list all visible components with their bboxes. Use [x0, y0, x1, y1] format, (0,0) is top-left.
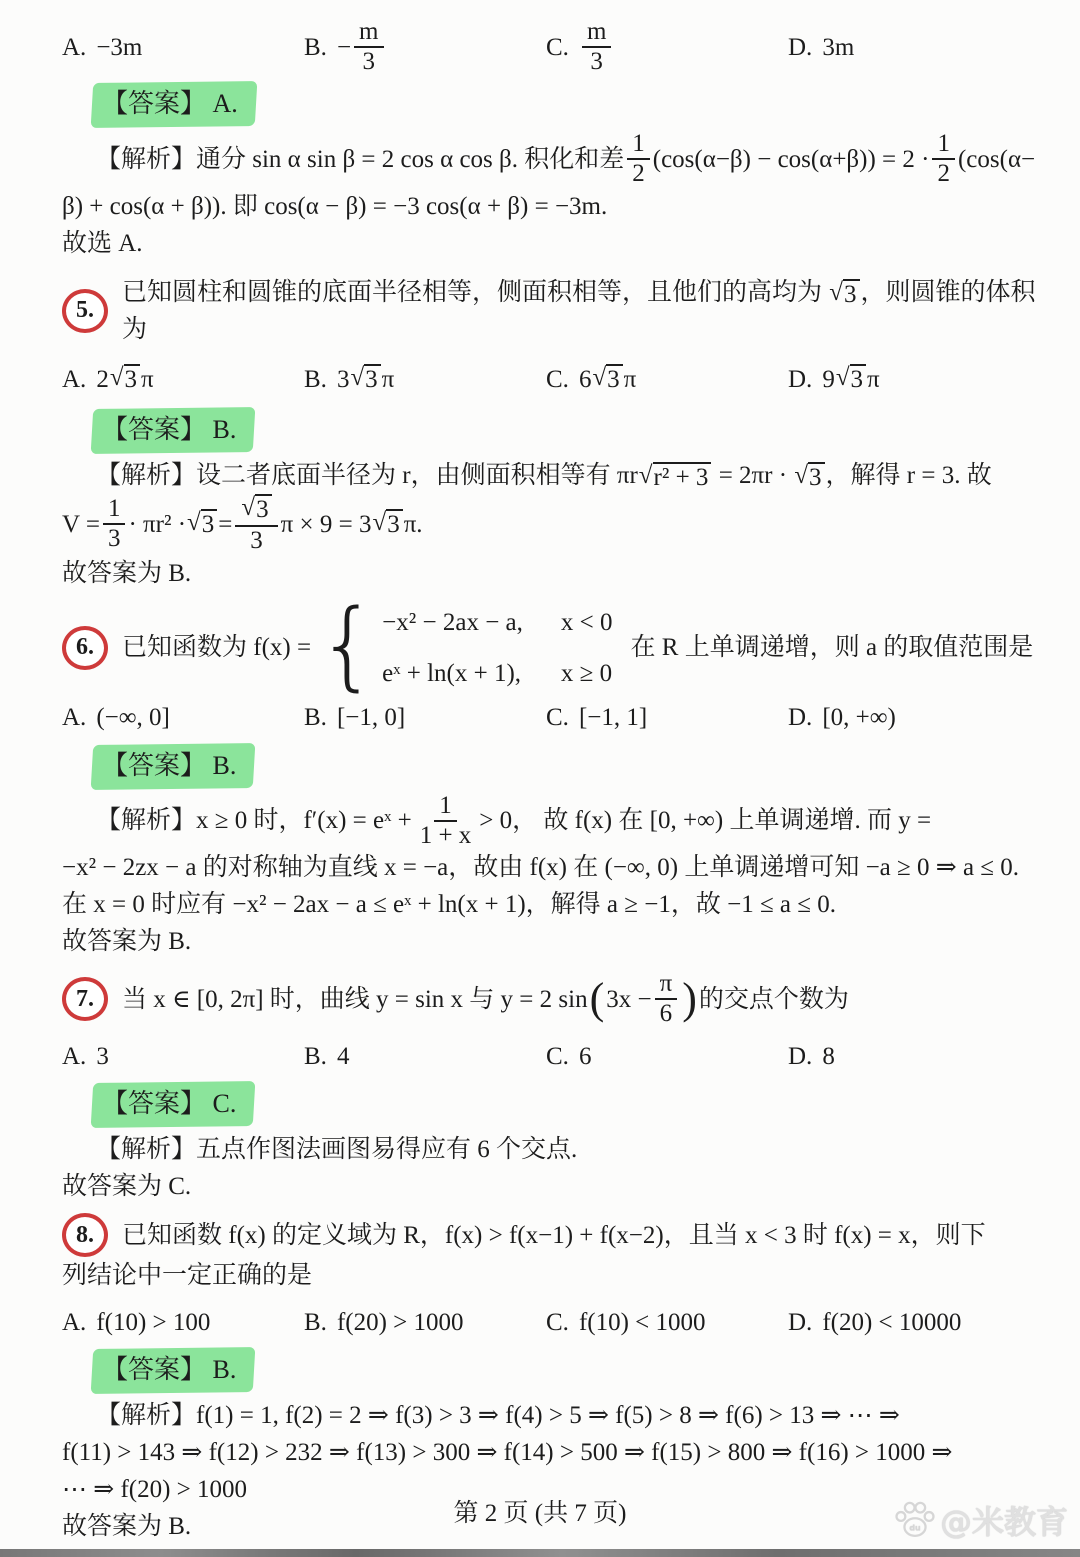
- solution-text: π × 9 = 3: [281, 506, 372, 543]
- option-label: A.: [62, 699, 86, 736]
- q4-solution-line1: 【解析】通分 sin α sin β = 2 cos α cos β. 积化和差…: [96, 131, 1042, 188]
- question-number-circle: 8.: [62, 1213, 108, 1257]
- option-value: f(10) > 100: [96, 1304, 210, 1341]
- option-label: D.: [788, 29, 812, 66]
- radicand: 3: [850, 364, 867, 395]
- option-value: −3m: [96, 29, 142, 66]
- answer-text: 【答案】 A.: [102, 89, 238, 118]
- q4-option-c: C. m 3: [546, 19, 788, 76]
- radical-sign: √: [592, 364, 606, 393]
- q6-option-a: A. (−∞, 0]: [62, 699, 304, 736]
- option-label: C.: [546, 1038, 569, 1075]
- q4-option-a: A. −3m: [62, 29, 304, 66]
- option-value: f(20) > 1000: [337, 1304, 464, 1341]
- answer-text: 【答案】 B.: [102, 1355, 236, 1384]
- fraction: m 3: [354, 19, 383, 76]
- q4-solution-line2: β) + cos(α + β)). 即 cos(α − β) = −3 cos(…: [62, 188, 1042, 225]
- option-label: A.: [62, 29, 86, 66]
- radicand: 3: [808, 462, 825, 493]
- q6-options-row: A. (−∞, 0] B. [−1, 0] C. [−1, 1] D. [0, …: [62, 698, 1042, 738]
- fraction-numerator: π: [655, 971, 678, 1000]
- solution-text: (cos(α−β) − cos(α+β)) = 2 ·: [653, 141, 930, 178]
- svg-text:du: du: [909, 1524, 920, 1533]
- fraction: m 3: [582, 19, 611, 76]
- q4-answer-line: 【答案】 A.: [62, 76, 1042, 131]
- option-label: A.: [62, 1038, 86, 1075]
- q6-answer-line: 【答案】 B.: [62, 738, 1042, 793]
- fraction-denominator: 3: [103, 525, 126, 552]
- option-value: 8: [822, 1038, 835, 1075]
- close-paren: ): [682, 977, 697, 1021]
- option-value: 9: [822, 361, 835, 398]
- option-value: π: [382, 361, 395, 398]
- fraction-numerator: √3: [235, 494, 277, 528]
- answer-highlight: 【答案】 B.: [92, 1348, 254, 1393]
- option-value: π: [624, 361, 637, 398]
- q8-solution-line1: 【解析】f(1) = 1, f(2) = 2 ⇒ f(3) > 3 ⇒ f(4)…: [96, 1397, 1042, 1434]
- q7-solution-end: 故答案为 C.: [62, 1168, 1042, 1205]
- solution-text: (cos(α−: [958, 141, 1035, 178]
- solution-text: · πr² ·: [128, 506, 186, 543]
- option-value: (−∞, 0]: [96, 699, 170, 736]
- q4-solution-line3: 故选 A.: [62, 225, 1042, 262]
- sqrt-expression: √3: [836, 364, 866, 395]
- solution-text: > 0， 故 f(x) 在 [0, +∞) 上单调递增. 而 y =: [479, 802, 931, 839]
- radicand: 3: [843, 279, 860, 310]
- watermark: du @米教育: [893, 1497, 1068, 1543]
- option-label: C.: [546, 699, 569, 736]
- radical-sign: √: [639, 462, 653, 491]
- stem-text: 在 R 上单调递增，则 a 的取值范围是: [631, 629, 1034, 666]
- option-value: π: [141, 361, 154, 398]
- case-condition: x < 0: [561, 604, 613, 641]
- case-expression: eˣ + ln(x + 1),: [382, 655, 523, 692]
- radicand: 3: [606, 364, 623, 395]
- option-label: D.: [788, 1304, 812, 1341]
- option-label: B.: [304, 1038, 327, 1075]
- option-value: 4: [337, 1038, 350, 1075]
- q5-answer-line: 【答案】 B.: [62, 402, 1042, 457]
- option-value: f(10) < 1000: [579, 1304, 706, 1341]
- answer-text: 【答案】 B.: [102, 415, 236, 444]
- fraction-denominator: 3: [585, 48, 608, 75]
- q6-option-d: D. [0, +∞): [788, 699, 1042, 736]
- q5-option-d: D. 9√3π: [788, 361, 1042, 398]
- solution-text: V =: [62, 506, 100, 543]
- option-value: [0, +∞): [822, 699, 896, 736]
- option-value: f(20) < 10000: [822, 1304, 961, 1341]
- q6-option-c: C. [−1, 1]: [546, 699, 788, 736]
- q4-option-b: B. − m 3: [304, 19, 546, 76]
- q8-answer-line: 【答案】 B.: [62, 1342, 1042, 1397]
- q8-option-c: C. f(10) < 1000: [546, 1304, 788, 1341]
- q7-solution-line1: 【解析】五点作图法画图易得应有 6 个交点.: [96, 1131, 1042, 1168]
- q6-option-b: B. [−1, 0]: [304, 699, 546, 736]
- radicand: 3: [364, 364, 381, 395]
- watermark-text: @米教育: [940, 1497, 1068, 1543]
- sqrt-expression: √3: [350, 364, 380, 395]
- q5-solution-end: 故答案为 B.: [62, 555, 1042, 592]
- radicand: 3: [124, 364, 141, 395]
- photo-edge-strip: [0, 1549, 1080, 1557]
- option-label: C.: [546, 29, 569, 66]
- option-label: B.: [304, 29, 327, 66]
- minus-sign: −: [337, 29, 351, 66]
- radical-sign: √: [350, 364, 364, 393]
- option-label: C.: [546, 1304, 569, 1341]
- stem-text: 已知函数 f(x) 的定义域为 R，f(x) > f(x−1) + f(x−2)…: [122, 1217, 986, 1254]
- piecewise-brace: {: [317, 605, 378, 687]
- q4-options-row: A. −3m B. − m 3 C. m 3 D. 3m: [62, 18, 1042, 76]
- solution-text: = 2πr ·: [712, 462, 793, 489]
- answer-text: 【答案】 B.: [102, 751, 236, 780]
- fraction-numerator: 1: [434, 793, 457, 822]
- fraction-denominator: 1 + x: [415, 822, 477, 849]
- radical-sign: √: [794, 462, 808, 491]
- radical-sign: √: [241, 494, 255, 523]
- question-stem: 当 x ∈ [0, 2π] 时，曲线 y = sin x 与 y = 2 sin…: [122, 971, 849, 1028]
- fraction-numerator: m: [582, 19, 611, 48]
- question-number-circle: 6.: [62, 626, 108, 670]
- q5-header: 5. 已知圆柱和圆锥的底面半径相等，侧面积相等，且他们的高均为 √3，则圆锥的体…: [62, 274, 1042, 348]
- fraction-numerator: 1: [103, 496, 126, 525]
- fraction: 1 3: [103, 496, 126, 553]
- radical-sign: √: [110, 364, 124, 393]
- q7-option-c: C. 6: [546, 1038, 788, 1075]
- q4-option-d: D. 3m: [788, 29, 1042, 66]
- option-label: A.: [62, 361, 86, 398]
- option-value: 3: [337, 361, 350, 398]
- paw-icon: du: [893, 1498, 937, 1542]
- question-number-circle: 5.: [62, 289, 108, 333]
- option-label: D.: [788, 1038, 812, 1075]
- fraction: π 6: [655, 971, 678, 1028]
- fraction-denominator: 3: [245, 527, 268, 554]
- sqrt-expression: √3: [372, 509, 402, 540]
- fraction-numerator: m: [354, 19, 383, 48]
- q7-options-row: A. 3 B. 4 C. 6 D. 8: [62, 1036, 1042, 1076]
- option-value: π: [867, 361, 880, 398]
- fraction-numerator: 1: [627, 131, 650, 160]
- sqrt-expression: √3: [241, 494, 271, 525]
- q5-solution-line1: 【解析】设二者底面半径为 r，由侧面积相等有 πr√r² + 3 = 2πr ·…: [96, 457, 1042, 494]
- fraction-denominator: 2: [627, 160, 650, 187]
- page-content: A. −3m B. − m 3 C. m 3 D. 3m: [62, 18, 1042, 1545]
- solution-text: 【解析】设二者底面半径为 r，由侧面积相等有 πr: [96, 462, 638, 489]
- fraction: 1 2: [627, 131, 650, 188]
- sqrt-expression: √3: [110, 364, 140, 395]
- q7-answer-line: 【答案】 C.: [62, 1076, 1042, 1131]
- q5-options-row: A. 2√3π B. 3√3π C. 6√3π D. 9√3π: [62, 358, 1042, 402]
- q5-volume-line: V = 1 3 · πr² · √3 = √3 3 π × 9 = 3 √3 π…: [62, 494, 1042, 555]
- q7-header: 7. 当 x ∈ [0, 2π] 时，曲线 y = sin x 与 y = 2 …: [62, 970, 1042, 1028]
- stem-text: 已知圆柱和圆锥的底面半径相等，侧面积相等，且他们的高均为: [122, 279, 828, 306]
- stem-text: 的交点个数为: [699, 981, 849, 1018]
- solution-text: π.: [404, 506, 423, 543]
- radicand: 3: [386, 509, 403, 540]
- q8-solution-line2: f(11) > 143 ⇒ f(12) > 232 ⇒ f(13) > 300 …: [62, 1434, 1042, 1471]
- q7-option-a: A. 3: [62, 1038, 304, 1075]
- q8-option-d: D. f(20) < 10000: [788, 1304, 1042, 1341]
- sqrt-expression: √3: [592, 364, 622, 395]
- sqrt-expression: √3: [187, 509, 217, 540]
- option-label: B.: [304, 361, 327, 398]
- fraction: 1 1 + x: [415, 793, 477, 850]
- answer-highlight: 【答案】 B.: [92, 408, 254, 453]
- open-paren: (: [590, 977, 605, 1021]
- exam-solution-page: A. −3m B. − m 3 C. m 3 D. 3m: [0, 0, 1080, 1557]
- radical-sign: √: [372, 509, 386, 538]
- fraction-denominator: 2: [932, 160, 955, 187]
- fraction-denominator: 3: [358, 48, 381, 75]
- q5-option-b: B. 3√3π: [304, 361, 546, 398]
- stem-text: 已知函数为 f(x) =: [122, 629, 311, 666]
- q8-option-a: A. f(10) > 100: [62, 1304, 304, 1341]
- sqrt-expression: √3: [794, 462, 824, 493]
- answer-highlight: 【答案】 C.: [92, 1082, 254, 1127]
- option-value: 3m: [822, 29, 854, 66]
- option-value: 6: [579, 1038, 592, 1075]
- option-label: D.: [788, 699, 812, 736]
- option-value: 2: [96, 361, 109, 398]
- radicand: r² + 3: [653, 462, 712, 493]
- q8-stem-line2: 列结论中一定正确的是: [62, 1257, 1042, 1294]
- option-label: B.: [304, 699, 327, 736]
- q6-solution-line2: −x² − 2zx − a 的对称轴为直线 x = −a，故由 f(x) 在 (…: [62, 849, 1042, 886]
- option-value: 3: [96, 1038, 109, 1075]
- q7-option-b: B. 4: [304, 1038, 546, 1075]
- option-label: D.: [788, 361, 812, 398]
- option-label: B.: [304, 1304, 327, 1341]
- option-label: C.: [546, 361, 569, 398]
- radicand: 3: [255, 494, 272, 525]
- sqrt-expression: √3: [829, 279, 859, 310]
- q6-header: 6. 已知函数为 f(x) = { −x² − 2ax − a, x < 0 e…: [62, 604, 1042, 692]
- piecewise-cases: −x² − 2ax − a, x < 0 eˣ + ln(x + 1), x ≥…: [382, 604, 612, 692]
- fraction: 1 2: [932, 131, 955, 188]
- option-value: [−1, 1]: [579, 699, 647, 736]
- radical-sign: √: [187, 509, 201, 538]
- solution-text: 【解析】x ≥ 0 时，f′(x) = eˣ +: [96, 802, 412, 839]
- question-number-circle: 7.: [62, 977, 108, 1021]
- q8-options-row: A. f(10) > 100 B. f(20) > 1000 C. f(10) …: [62, 1302, 1042, 1342]
- q5-option-c: C. 6√3π: [546, 361, 788, 398]
- option-value: [−1, 0]: [337, 699, 405, 736]
- solution-text: 【解析】通分 sin α sin β = 2 cos α cos β. 积化和差: [96, 141, 624, 178]
- radicand: 3: [201, 509, 218, 540]
- answer-highlight: 【答案】 A.: [92, 82, 256, 127]
- q8-header: 8. 已知函数 f(x) 的定义域为 R，f(x) > f(x−1) + f(x…: [62, 1213, 1042, 1257]
- fraction-denominator: 6: [655, 1000, 678, 1027]
- fraction: √3 3: [235, 494, 277, 555]
- q6-solution-line3: 在 x = 0 时应有 −x² − 2ax − a ≤ eˣ + ln(x + …: [62, 886, 1042, 923]
- q6-solution-line1: 【解析】x ≥ 0 时，f′(x) = eˣ + 1 1 + x > 0， 故 …: [96, 793, 1042, 850]
- solution-text: =: [218, 506, 232, 543]
- stem-text: 当 x ∈ [0, 2π] 时，曲线 y = sin x 与 y = 2 sin: [122, 981, 588, 1018]
- radical-sign: √: [829, 279, 843, 308]
- q8-option-b: B. f(20) > 1000: [304, 1304, 546, 1341]
- radical-sign: √: [836, 364, 850, 393]
- case-expression: −x² − 2ax − a,: [382, 604, 523, 641]
- stem-text: 3x −: [606, 981, 651, 1018]
- option-label: A.: [62, 1304, 86, 1341]
- answer-text: 【答案】 C.: [102, 1089, 236, 1118]
- case-condition: x ≥ 0: [561, 655, 613, 692]
- question-stem: 已知圆柱和圆锥的底面半径相等，侧面积相等，且他们的高均为 √3，则圆锥的体积为: [122, 274, 1042, 348]
- solution-text: ，解得 r = 3. 故: [826, 462, 992, 489]
- q6-solution-end: 故答案为 B.: [62, 923, 1042, 960]
- q7-option-d: D. 8: [788, 1038, 1042, 1075]
- answer-highlight: 【答案】 B.: [92, 744, 254, 789]
- option-value: 6: [579, 361, 592, 398]
- sqrt-expression: √r² + 3: [639, 462, 712, 493]
- fraction-numerator: 1: [932, 131, 955, 160]
- q5-option-a: A. 2√3π: [62, 361, 304, 398]
